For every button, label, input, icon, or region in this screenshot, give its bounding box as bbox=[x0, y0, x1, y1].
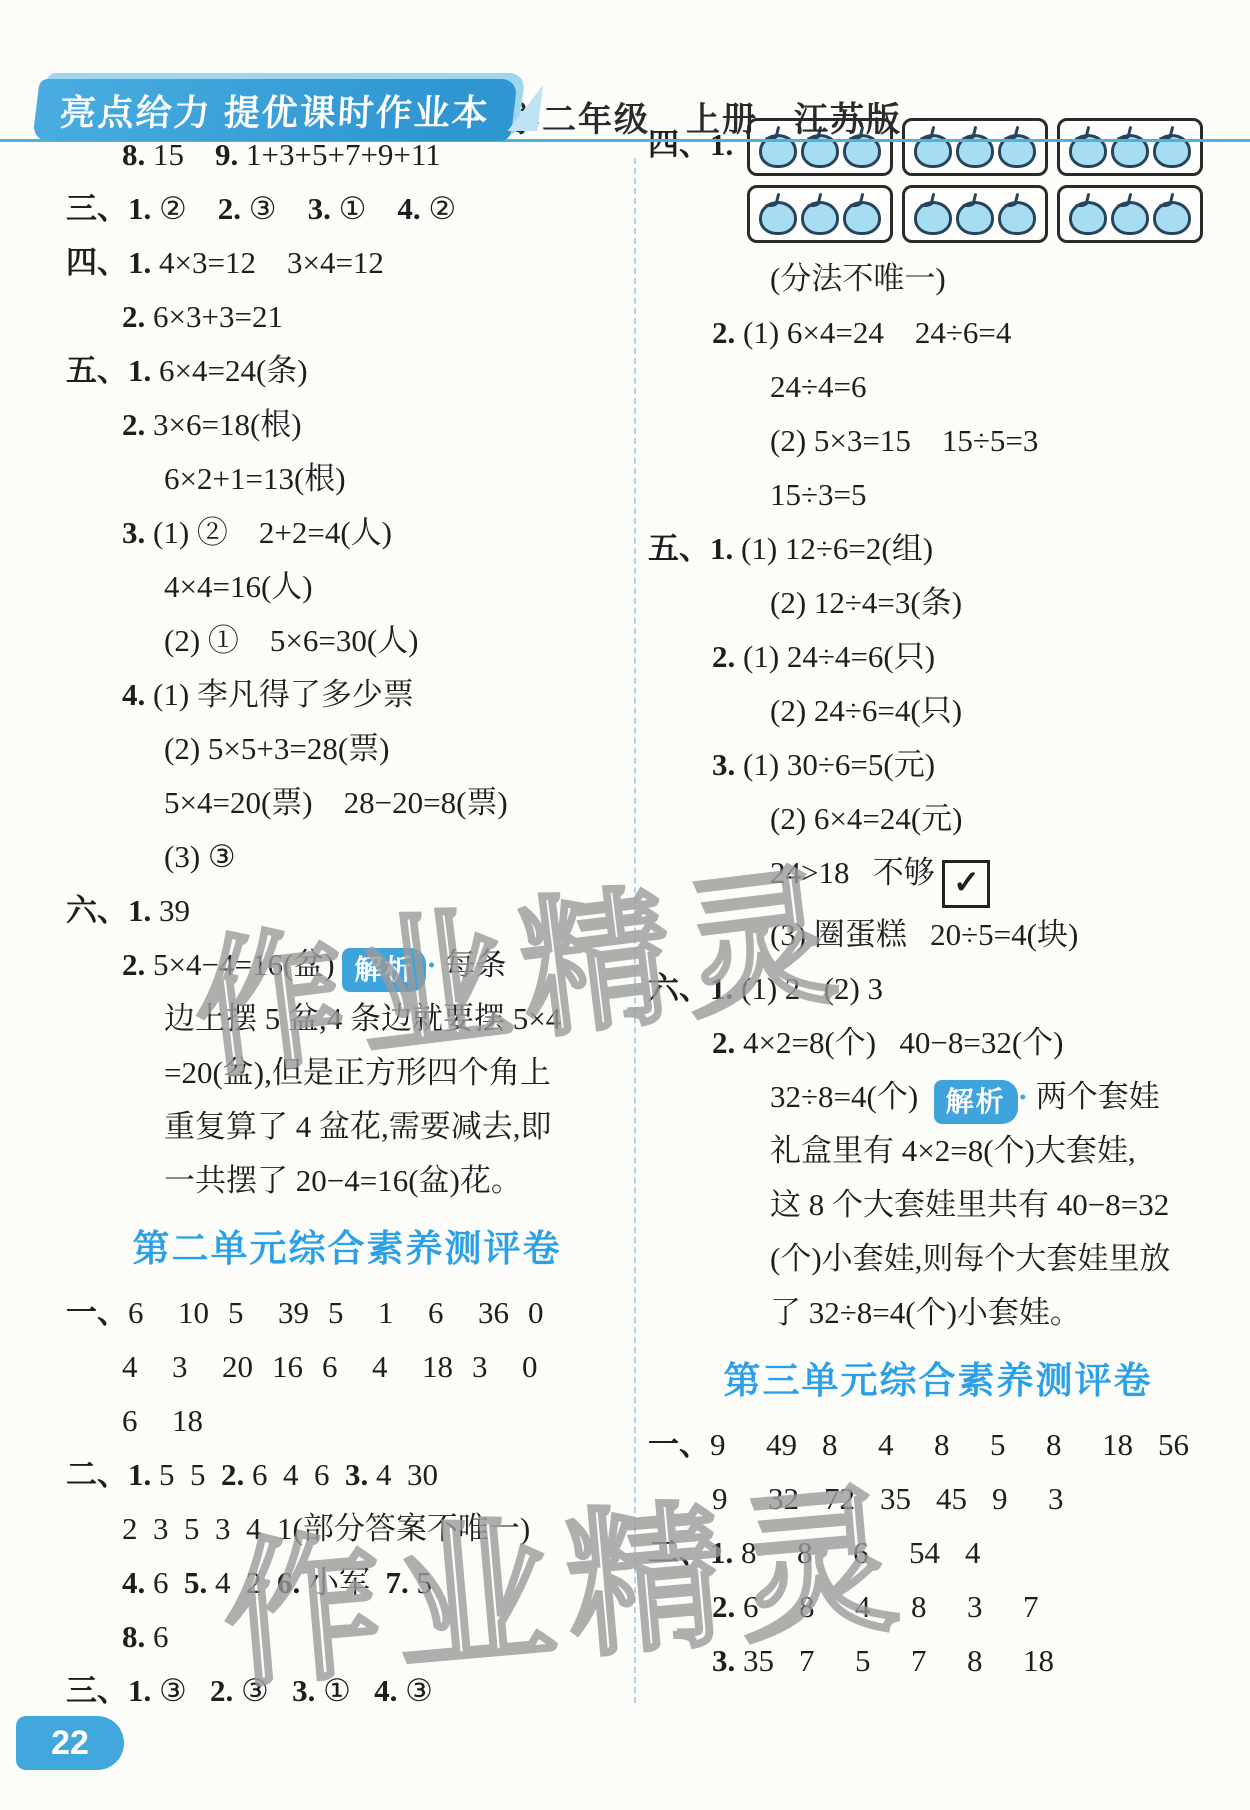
answer-line: 二、1. 886544 bbox=[648, 1526, 1228, 1580]
answer-segment: 2. bbox=[712, 639, 743, 674]
answer-line: 2. 5×4−4=16(盆) 解析· 每条 bbox=[66, 938, 628, 992]
answer-segment: 一、 bbox=[66, 1295, 128, 1330]
answer-cell: 6 bbox=[322, 1340, 372, 1394]
answer-cell: 6 bbox=[743, 1580, 799, 1634]
answer-line: 这 8 个大套娃里共有 40−8=32 bbox=[648, 1178, 1228, 1232]
answer-segment: 9. bbox=[215, 137, 246, 172]
answer-segment bbox=[366, 191, 397, 226]
answer-line: 15÷3=5 bbox=[648, 468, 1228, 522]
answer-segment: 6 bbox=[153, 1565, 184, 1600]
answer-segment: ① bbox=[339, 191, 367, 226]
answer-segment: 1. bbox=[128, 893, 159, 928]
answer-line: 六、1. 39 bbox=[66, 884, 628, 938]
answer-segment: 3. bbox=[345, 1457, 376, 1492]
answer-segment: (1) 6×4=24 24÷6=4 bbox=[743, 315, 1011, 350]
apple-group-box bbox=[902, 118, 1048, 176]
answer-line: 2. 6×3+3=21 bbox=[66, 290, 628, 344]
answer-cell: 10 bbox=[178, 1286, 228, 1340]
answer-segment: 4. bbox=[122, 1565, 153, 1600]
answer-segment: 1. bbox=[128, 191, 159, 226]
answer-segment: (2) ① 5×6=30(人) bbox=[164, 623, 419, 658]
answer-segment: (个)小套娃,则每个大套娃里放 bbox=[770, 1241, 1170, 1276]
answer-segment: 2. bbox=[122, 299, 153, 334]
answer-segment: (1) 12÷6=2(组) bbox=[741, 531, 933, 566]
answer-segment: ② bbox=[428, 191, 456, 226]
answer-segment: 礼盒里有 4×2=8(个)大套娃, bbox=[770, 1133, 1136, 1168]
answer-segment: 1. bbox=[710, 971, 741, 1006]
answer-segment: 5. bbox=[184, 1565, 215, 1600]
checkbox-checked-icon: ✓ bbox=[942, 860, 990, 908]
answer-segment: 1. bbox=[128, 1673, 159, 1708]
answer-segment: ③ bbox=[159, 1673, 187, 1708]
answer-segment: 一共摆了 20−4=16(盆)花。 bbox=[164, 1163, 522, 1198]
answer-line: 二、1. 5 5 2. 6 4 6 3. 4 30 bbox=[66, 1448, 628, 1502]
answer-line: 边上摆 5 盆,4 条边就要摆 5×4 bbox=[66, 992, 628, 1046]
answer-line: 32÷8=4(个) 解析· 两个套娃 bbox=[648, 1070, 1228, 1124]
answer-segment: 五、 bbox=[648, 531, 710, 566]
answer-segment: 5×4−4=16(盆) bbox=[153, 947, 342, 982]
answer-segment: 6. bbox=[277, 1565, 308, 1600]
answer-segment: 3. bbox=[712, 747, 743, 782]
answer-segment: (3) 圈蛋糕 20÷5=4(块) bbox=[770, 917, 1078, 952]
answer-segment: 2. bbox=[712, 315, 743, 350]
answer-segment: · bbox=[426, 947, 436, 982]
answer-cell: 72 bbox=[824, 1472, 880, 1526]
answer-segment: (2) 12÷4=3(条) bbox=[770, 585, 962, 620]
answer-segment: 15÷3=5 bbox=[770, 477, 867, 512]
answer-cell: 6 bbox=[122, 1394, 172, 1448]
answer-cell: 3 bbox=[472, 1340, 522, 1394]
answer-line: 五、1. (1) 12÷6=2(组) bbox=[648, 522, 1228, 576]
answer-cell: 4 bbox=[855, 1580, 911, 1634]
answer-segment: 5 bbox=[417, 1565, 433, 1600]
answer-segment: 6 bbox=[153, 1619, 169, 1654]
answer-segment: 1. bbox=[710, 1535, 741, 1570]
answer-line: (2) 12÷4=3(条) bbox=[648, 576, 1228, 630]
answer-segment: 4×3=12 3×4=12 bbox=[159, 245, 384, 280]
answer-cell: 8 bbox=[911, 1580, 967, 1634]
answer-line: 2. 4×2=8(个) 40−8=32(个) bbox=[648, 1016, 1228, 1070]
answer-segment: 39 bbox=[159, 893, 190, 928]
workbook-answer-page: 亮点给力 提优课时作业本 数学二年级 上册 江苏版 8. 15 9. 1+3+5… bbox=[0, 0, 1250, 1810]
answer-segment: (2) 5×5+3=28(票) bbox=[164, 731, 390, 766]
answer-segment: 二、 bbox=[66, 1457, 128, 1492]
jiexi-badge: 解析 bbox=[342, 948, 426, 992]
answer-segment: 3. bbox=[712, 1643, 743, 1678]
answer-segment: 3. bbox=[122, 515, 153, 550]
unit-heading: 第二单元综合素养测评卷 bbox=[66, 1222, 628, 1276]
answer-cell: 5 bbox=[855, 1634, 911, 1688]
answer-segment: ③ bbox=[249, 191, 277, 226]
answer-segment: 每条 bbox=[437, 947, 507, 982]
answer-line: 四、1. 4×3=12 3×4=12 bbox=[66, 236, 628, 290]
answer-line: (2) 5×5+3=28(票) bbox=[66, 722, 628, 776]
answer-segment: (分法不唯一) bbox=[770, 261, 946, 296]
answer-line: 432016641830 bbox=[66, 1340, 628, 1394]
answer-cell: 18 bbox=[422, 1340, 472, 1394]
apple-icon bbox=[914, 201, 952, 235]
answer-line: 3. (1) 30÷6=5(元) bbox=[648, 738, 1228, 792]
answer-cell: 8 bbox=[967, 1634, 1023, 1688]
answer-segment: (2) 6×4=24(元) bbox=[770, 801, 963, 836]
answer-segment: 一、 bbox=[648, 1427, 710, 1462]
answer-cell: 20 bbox=[222, 1340, 272, 1394]
answer-cell: 6 bbox=[853, 1526, 909, 1580]
answer-segment: 边上摆 5 盆,4 条边就要摆 5×4 bbox=[164, 1001, 561, 1036]
apple-icon bbox=[1153, 201, 1191, 235]
answer-cell: 45 bbox=[936, 1472, 992, 1526]
answer-segment: 1. bbox=[128, 353, 159, 388]
unit-heading: 第三单元综合素养测评卷 bbox=[648, 1354, 1228, 1408]
answer-line: 一、949848581856 bbox=[648, 1418, 1228, 1472]
answer-cell: 5 bbox=[990, 1418, 1046, 1472]
apple-icon bbox=[843, 201, 881, 235]
apple-icon bbox=[759, 201, 797, 235]
answer-line: 2. (1) 6×4=24 24÷6=4 bbox=[648, 306, 1228, 360]
answer-cell: 6 bbox=[128, 1286, 178, 1340]
answer-segment: 1. bbox=[128, 245, 159, 280]
answer-line: 三、1. ② 2. ③ 3. ① 4. ② bbox=[66, 182, 628, 236]
answer-segment: ③ bbox=[241, 1673, 269, 1708]
answer-line: 24>18 不够 ✓ bbox=[648, 846, 1228, 908]
answer-segment: 四、 bbox=[66, 245, 128, 280]
answer-segment: 24>18 不够 bbox=[770, 855, 942, 890]
right-answer-column: 四、1. (分法不唯一)2. (1) 6×4=24 24÷6=424÷4=6(2… bbox=[648, 118, 1228, 1688]
answer-line: (个)小套娃,则每个大套娃里放 bbox=[648, 1232, 1228, 1286]
answer-cell: 32 bbox=[768, 1472, 824, 1526]
answer-segment: =20(盆),但是正方形四个角上 bbox=[164, 1055, 551, 1090]
answer-cell: 6 bbox=[428, 1286, 478, 1340]
answer-segment: 了 32÷8=4(个)小套娃。 bbox=[770, 1295, 1081, 1330]
answer-segment: 8. bbox=[122, 1619, 153, 1654]
series-title-ribbon: 亮点给力 提优课时作业本 bbox=[32, 79, 518, 141]
answer-line: 6×2+1=13(根) bbox=[66, 452, 628, 506]
answer-segment: 6×2+1=13(根) bbox=[164, 461, 346, 496]
answer-line: (3) 圈蛋糕 20÷5=4(块) bbox=[648, 908, 1228, 962]
answer-segment: (1) 2 (2) 3 bbox=[741, 971, 883, 1006]
answer-line: (2) ① 5×6=30(人) bbox=[66, 614, 628, 668]
answer-segment: 五、 bbox=[66, 353, 128, 388]
answer-segment: 4×2=8(个) 40−8=32(个) bbox=[743, 1025, 1063, 1060]
answer-segment bbox=[184, 137, 215, 172]
answer-line: 4×4=16(人) bbox=[66, 560, 628, 614]
answer-segment: 3×6=18(根) bbox=[153, 407, 302, 442]
answer-segment: 4×4=16(人) bbox=[164, 569, 313, 604]
answer-line: 618 bbox=[66, 1394, 628, 1448]
answer-cell: 8 bbox=[799, 1580, 855, 1634]
answer-cell: 4 bbox=[122, 1340, 172, 1394]
answer-segment: 六、 bbox=[66, 893, 128, 928]
apple-group-box bbox=[747, 185, 893, 243]
answer-segment: (1) 30÷6=5(元) bbox=[743, 747, 935, 782]
answer-line: 5×4=20(票) 28−20=8(票) bbox=[66, 776, 628, 830]
answer-line: 2. (1) 24÷4=6(只) bbox=[648, 630, 1228, 684]
answer-cell: 3 bbox=[967, 1580, 1023, 1634]
answer-segment: (2) 24÷6=4(只) bbox=[770, 693, 962, 728]
answer-segment: 4 2 bbox=[215, 1565, 277, 1600]
answer-segment: 3. bbox=[292, 1673, 323, 1708]
column-divider-dashed bbox=[634, 158, 636, 1703]
answer-segment: 2. bbox=[210, 1673, 241, 1708]
answer-line: 三、1. ③ 2. ③ 3. ① 4. ③ bbox=[66, 1664, 628, 1718]
answer-line: 一、610539516360 bbox=[66, 1286, 628, 1340]
answer-line: 六、1. (1) 2 (2) 3 bbox=[648, 962, 1228, 1016]
answer-cell: 49 bbox=[766, 1418, 822, 1472]
answer-line: =20(盆),但是正方形四个角上 bbox=[66, 1046, 628, 1100]
answer-segment: (2) 5×3=15 15÷5=3 bbox=[770, 423, 1038, 458]
apple-icon bbox=[1069, 201, 1107, 235]
apple-icon bbox=[801, 201, 839, 235]
apple-box-row bbox=[747, 185, 1203, 243]
answer-segment: 6×3+3=21 bbox=[153, 299, 283, 334]
answer-cell: 35 bbox=[880, 1472, 936, 1526]
answer-segment: 两个套娃 bbox=[1028, 1079, 1160, 1114]
answer-cell: 7 bbox=[911, 1634, 967, 1688]
apple-icon bbox=[998, 201, 1036, 235]
answer-line: 4. 6 5. 4 2 6. 小军 7. 5 bbox=[66, 1556, 628, 1610]
answer-cell: 4 bbox=[372, 1340, 422, 1394]
answer-segment: 4. bbox=[397, 191, 428, 226]
answer-segment: 6×4=24(条) bbox=[159, 353, 308, 388]
answer-segment: 5×4=20(票) 28−20=8(票) bbox=[164, 785, 508, 820]
answer-line: (2) 6×4=24(元) bbox=[648, 792, 1228, 846]
answer-segment: ③ bbox=[405, 1673, 433, 1708]
left-answer-column: 8. 15 9. 1+3+5+7+9+11三、1. ② 2. ③ 3. ① 4.… bbox=[66, 128, 628, 1718]
answer-cell: 9 bbox=[712, 1472, 768, 1526]
answer-cell: 8 bbox=[822, 1418, 878, 1472]
answer-cell: 39 bbox=[278, 1286, 328, 1340]
answer-line: 礼盒里有 4×2=8(个)大套娃, bbox=[648, 1124, 1228, 1178]
answer-line: 重复算了 4 盆花,需要减去,即 bbox=[66, 1100, 628, 1154]
answer-segment: 8. bbox=[122, 137, 153, 172]
answer-segment: 24÷4=6 bbox=[770, 369, 867, 404]
answer-segment: 4. bbox=[122, 677, 153, 712]
answer-segment: 2. bbox=[712, 1589, 743, 1624]
answer-cell: 35 bbox=[743, 1634, 799, 1688]
answer-line: 2. 3×6=18(根) bbox=[66, 398, 628, 452]
apple-icon bbox=[956, 201, 994, 235]
jiexi-badge: 解析 bbox=[934, 1080, 1018, 1124]
answer-cell: 8 bbox=[797, 1526, 853, 1580]
answer-cell: 4 bbox=[965, 1526, 1021, 1580]
answer-cell: 5 bbox=[228, 1286, 278, 1340]
answer-segment: 3. bbox=[308, 191, 339, 226]
answer-segment: · bbox=[1018, 1079, 1028, 1114]
answer-segment: 2. bbox=[218, 191, 249, 226]
answer-segment: (3) ③ bbox=[164, 839, 236, 874]
answer-segment: 这 8 个大套娃里共有 40−8=32 bbox=[770, 1187, 1169, 1222]
answer-cell: 7 bbox=[799, 1634, 855, 1688]
answer-segment: 1. bbox=[128, 1457, 159, 1492]
answer-cell: 3 bbox=[1048, 1472, 1104, 1526]
answer-cell: 9 bbox=[710, 1418, 766, 1472]
page-number-badge: 22 bbox=[16, 1716, 124, 1770]
answer-line: 93272354593 bbox=[648, 1472, 1228, 1526]
answer-segment: (1) 24÷4=6(只) bbox=[743, 639, 935, 674]
answer-segment: 2 3 5 3 4 1(部分答案不唯一) bbox=[122, 1511, 530, 1546]
answer-segment: 小军 bbox=[308, 1565, 386, 1600]
answer-segment: 2. bbox=[712, 1025, 743, 1060]
answer-segment: 7. bbox=[386, 1565, 417, 1600]
answer-segment: 三、 bbox=[66, 191, 128, 226]
answer-segment: 5 5 bbox=[159, 1457, 221, 1492]
page-number: 22 bbox=[51, 1724, 89, 1763]
answer-segment: 2. bbox=[122, 407, 153, 442]
answer-cell: 1 bbox=[378, 1286, 428, 1340]
answer-cell: 36 bbox=[478, 1286, 528, 1340]
answer-line: 2. 684837 bbox=[648, 1580, 1228, 1634]
answer-cell: 0 bbox=[522, 1340, 572, 1394]
answer-cell: 8 bbox=[1046, 1418, 1102, 1472]
answer-segment: 三、 bbox=[66, 1673, 128, 1708]
answer-cell: 3 bbox=[172, 1340, 222, 1394]
apple-group-box bbox=[1057, 118, 1203, 176]
answer-segment bbox=[269, 1673, 292, 1708]
answer-segment: (1) ② 2+2=4(人) bbox=[153, 515, 392, 550]
answer-cell: 0 bbox=[528, 1286, 578, 1340]
answer-segment: 4. bbox=[374, 1673, 405, 1708]
answer-line: 4. (1) 李凡得了多少票 bbox=[66, 668, 628, 722]
series-title: 亮点给力 提优课时作业本 bbox=[59, 85, 492, 136]
answer-line: 24÷4=6 bbox=[648, 360, 1228, 414]
answer-cell: 9 bbox=[992, 1472, 1048, 1526]
answer-segment: 1. bbox=[710, 531, 741, 566]
answer-line: 8. 6 bbox=[66, 1610, 628, 1664]
answer-segment: 15 bbox=[153, 137, 184, 172]
answer-line: (3) ③ bbox=[66, 830, 628, 884]
answer-line: 2 3 5 3 4 1(部分答案不唯一) bbox=[66, 1502, 628, 1556]
answer-line: 了 32÷8=4(个)小套娃。 bbox=[648, 1286, 1228, 1340]
answer-segment: 2. bbox=[221, 1457, 252, 1492]
answer-cell: 5 bbox=[328, 1286, 378, 1340]
answer-line: (2) 5×3=15 15÷5=3 bbox=[648, 414, 1228, 468]
answer-line: 3. 35757818 bbox=[648, 1634, 1228, 1688]
answer-segment: 1+3+5+7+9+11 bbox=[246, 137, 441, 172]
answer-segment bbox=[277, 191, 308, 226]
answer-line: 3. (1) ② 2+2=4(人) bbox=[66, 506, 628, 560]
answer-segment: 32÷8=4(个) bbox=[770, 1079, 934, 1114]
apple-group-box bbox=[1057, 185, 1203, 243]
answer-cell: 18 bbox=[1023, 1634, 1079, 1688]
apple-icon bbox=[1111, 201, 1149, 235]
answer-cell: 7 bbox=[1023, 1580, 1079, 1634]
answer-segment: 重复算了 4 盆花,需要减去,即 bbox=[164, 1109, 552, 1144]
answer-segment: 2. bbox=[122, 947, 153, 982]
answer-cell: 8 bbox=[934, 1418, 990, 1472]
answer-segment bbox=[351, 1673, 374, 1708]
answer-segment: 六、 bbox=[648, 971, 710, 1006]
answer-cell: 4 bbox=[878, 1418, 934, 1472]
answer-cell: 16 bbox=[272, 1340, 322, 1394]
answer-segment: ① bbox=[323, 1673, 351, 1708]
answer-cell: 54 bbox=[909, 1526, 965, 1580]
answer-segment: 二、 bbox=[648, 1535, 710, 1570]
answer-cell: 56 bbox=[1158, 1418, 1214, 1472]
answer-line: 五、1. 6×4=24(条) bbox=[66, 344, 628, 398]
apple-group-box bbox=[902, 185, 1048, 243]
answer-cell: 8 bbox=[741, 1526, 797, 1580]
answer-segment bbox=[187, 191, 218, 226]
answer-line: (2) 24÷6=4(只) bbox=[648, 684, 1228, 738]
answer-segment: 6 4 6 bbox=[252, 1457, 345, 1492]
answer-cell: 18 bbox=[172, 1394, 222, 1448]
answer-segment: ② bbox=[159, 191, 187, 226]
answer-cell: 18 bbox=[1102, 1418, 1158, 1472]
answer-line: 一共摆了 20−4=16(盆)花。 bbox=[66, 1154, 628, 1208]
answer-segment: 4 30 bbox=[376, 1457, 438, 1492]
answer-segment: (1) 李凡得了多少票 bbox=[153, 677, 414, 712]
answer-line: (分法不唯一) bbox=[648, 252, 1228, 306]
answer-segment bbox=[187, 1673, 210, 1708]
